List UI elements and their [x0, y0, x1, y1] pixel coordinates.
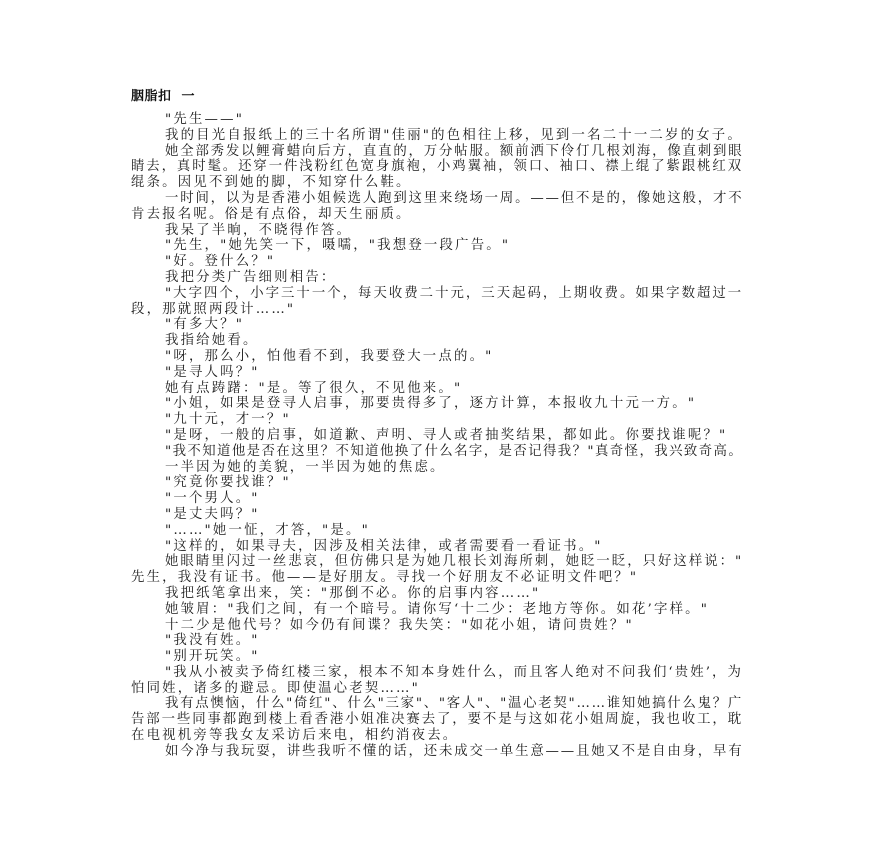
text-line: "这样的，如果寻夫，因涉及相关法律，或者需要看一看证书。" [131, 539, 743, 555]
text-line: "我没有姓。" [131, 633, 743, 649]
text-line: 怕同姓，诸多的避忌。即使温心老契……" [131, 681, 743, 697]
text-line: "有多大？" [131, 317, 743, 333]
text-line: "究竟你要找谁？" [131, 475, 743, 491]
text-line: 肯去报名呢。俗是有点俗，却天生丽质。 [131, 207, 743, 223]
text-line: 她全部秀发以鲤膏蜡向后方，直直的，万分帖服。额前洒下伶仃几根刘海，像直刺到眼 [131, 144, 743, 160]
text-line: "一个男人。" [131, 491, 743, 507]
text-line: "大字四个，小字三十一个，每天收费二十元，三天起码，上期收费。如果字数超过一 [131, 286, 743, 302]
text-line: "好。登什么？" [131, 254, 743, 270]
text-line: 我指给她看。 [131, 333, 743, 349]
text-line: 一时间，以为是香港小姐候选人跑到这里来绕场一周。——但不是的，像她这般，才不 [131, 191, 743, 207]
text-line: "是寻人吗？" [131, 365, 743, 381]
text-line: 她皱眉："我们之间，有一个暗号。请你写‘十二少：老地方等你。如花’字样。" [131, 602, 743, 618]
chapter-body: "先生——"我的目光自报纸上的三十名所谓"佳丽"的色相往上移，见到一名二十一二岁… [131, 112, 743, 760]
text-line: 她眼睛里闪过一丝悲哀，但仿佛只是为她几根长刘海所刺，她眨一眨，只好这样说：" [131, 554, 743, 570]
text-line: 先生，我没有证书。他——是好朋友。寻找一个好朋友不必证明文件吧？" [131, 570, 743, 586]
text-line: "……"她一怔，才答，"是。" [131, 523, 743, 539]
text-line: 十二少是他代号？如今仍有间谍？我失笑："如花小姐，请问贵姓？" [131, 618, 743, 634]
text-line: "先生——" [131, 112, 743, 128]
text-line: "九十元，才一？" [131, 412, 743, 428]
text-line: 一半因为她的美貌，一半因为她的焦虑。 [131, 460, 743, 476]
text-line: 我的目光自报纸上的三十名所谓"佳丽"的色相往上移，见到一名二十一二岁的女子。 [131, 128, 743, 144]
text-line: 我呆了半晌，不晓得作答。 [131, 223, 743, 239]
text-line: 睛去，真时髦。还穿一件浅粉红色宽身旗袍，小鸡翼袖，领口、袖口、襟上绲了紫跟桃红双 [131, 159, 743, 175]
document-page: 胭脂扣 一 "先生——"我的目光自报纸上的三十名所谓"佳丽"的色相往上移，见到一… [131, 88, 743, 760]
text-line: "小姐，如果是登寻人启事，那要贵得多了，逐方计算，本报收九十元一方。" [131, 396, 743, 412]
text-line: "我从小被卖予倚红楼三家，根本不知本身姓什么，而且客人绝对不问我们‘贵姓’，为 [131, 665, 743, 681]
text-line: "呀，那么小，怕他看不到，我要登大一点的。" [131, 349, 743, 365]
text-line: 她有点踌躇："是。等了很久，不见他来。" [131, 381, 743, 397]
text-line: "是丈夫吗？" [131, 507, 743, 523]
text-line: 如今净与我玩耍，讲些我听不懂的话，还未成交一单生意——且她又不是自由身，早有 [131, 744, 743, 760]
text-line: 我有点懊恼，什么"倚红"、什么"三家"、"客人"、"温心老契"……谁知她搞什么鬼… [131, 696, 743, 712]
text-line: 告部一些同事都跑到楼上看香港小姐准决赛去了，要不是与这如花小姐周旋，我也收工，耽 [131, 712, 743, 728]
text-line: "先生，"她先笑一下，嗫嚅，"我想登一段广告。" [131, 238, 743, 254]
text-line: "我不知道他是否在这里？不知道他换了什么名字，是否记得我？"真奇怪，我兴致奇高。 [131, 444, 743, 460]
text-line: "是呀，一般的启事，如道歉、声明、寻人或者抽奖结果，都如此。你要找谁呢？" [131, 428, 743, 444]
text-line: 段，那就照两段计……" [131, 302, 743, 318]
text-line: "别开玩笑。" [131, 649, 743, 665]
text-line: 绲条。因见不到她的脚，不知穿什么鞋。 [131, 175, 743, 191]
text-line: 在电视机旁等我女友采访后来电，相约消夜去。 [131, 728, 743, 744]
chapter-title: 胭脂扣 一 [131, 88, 743, 106]
text-line: 我把分类广告细则相告： [131, 270, 743, 286]
text-line: 我把纸笔拿出来，笑："那倒不必。你的启事内容……" [131, 586, 743, 602]
